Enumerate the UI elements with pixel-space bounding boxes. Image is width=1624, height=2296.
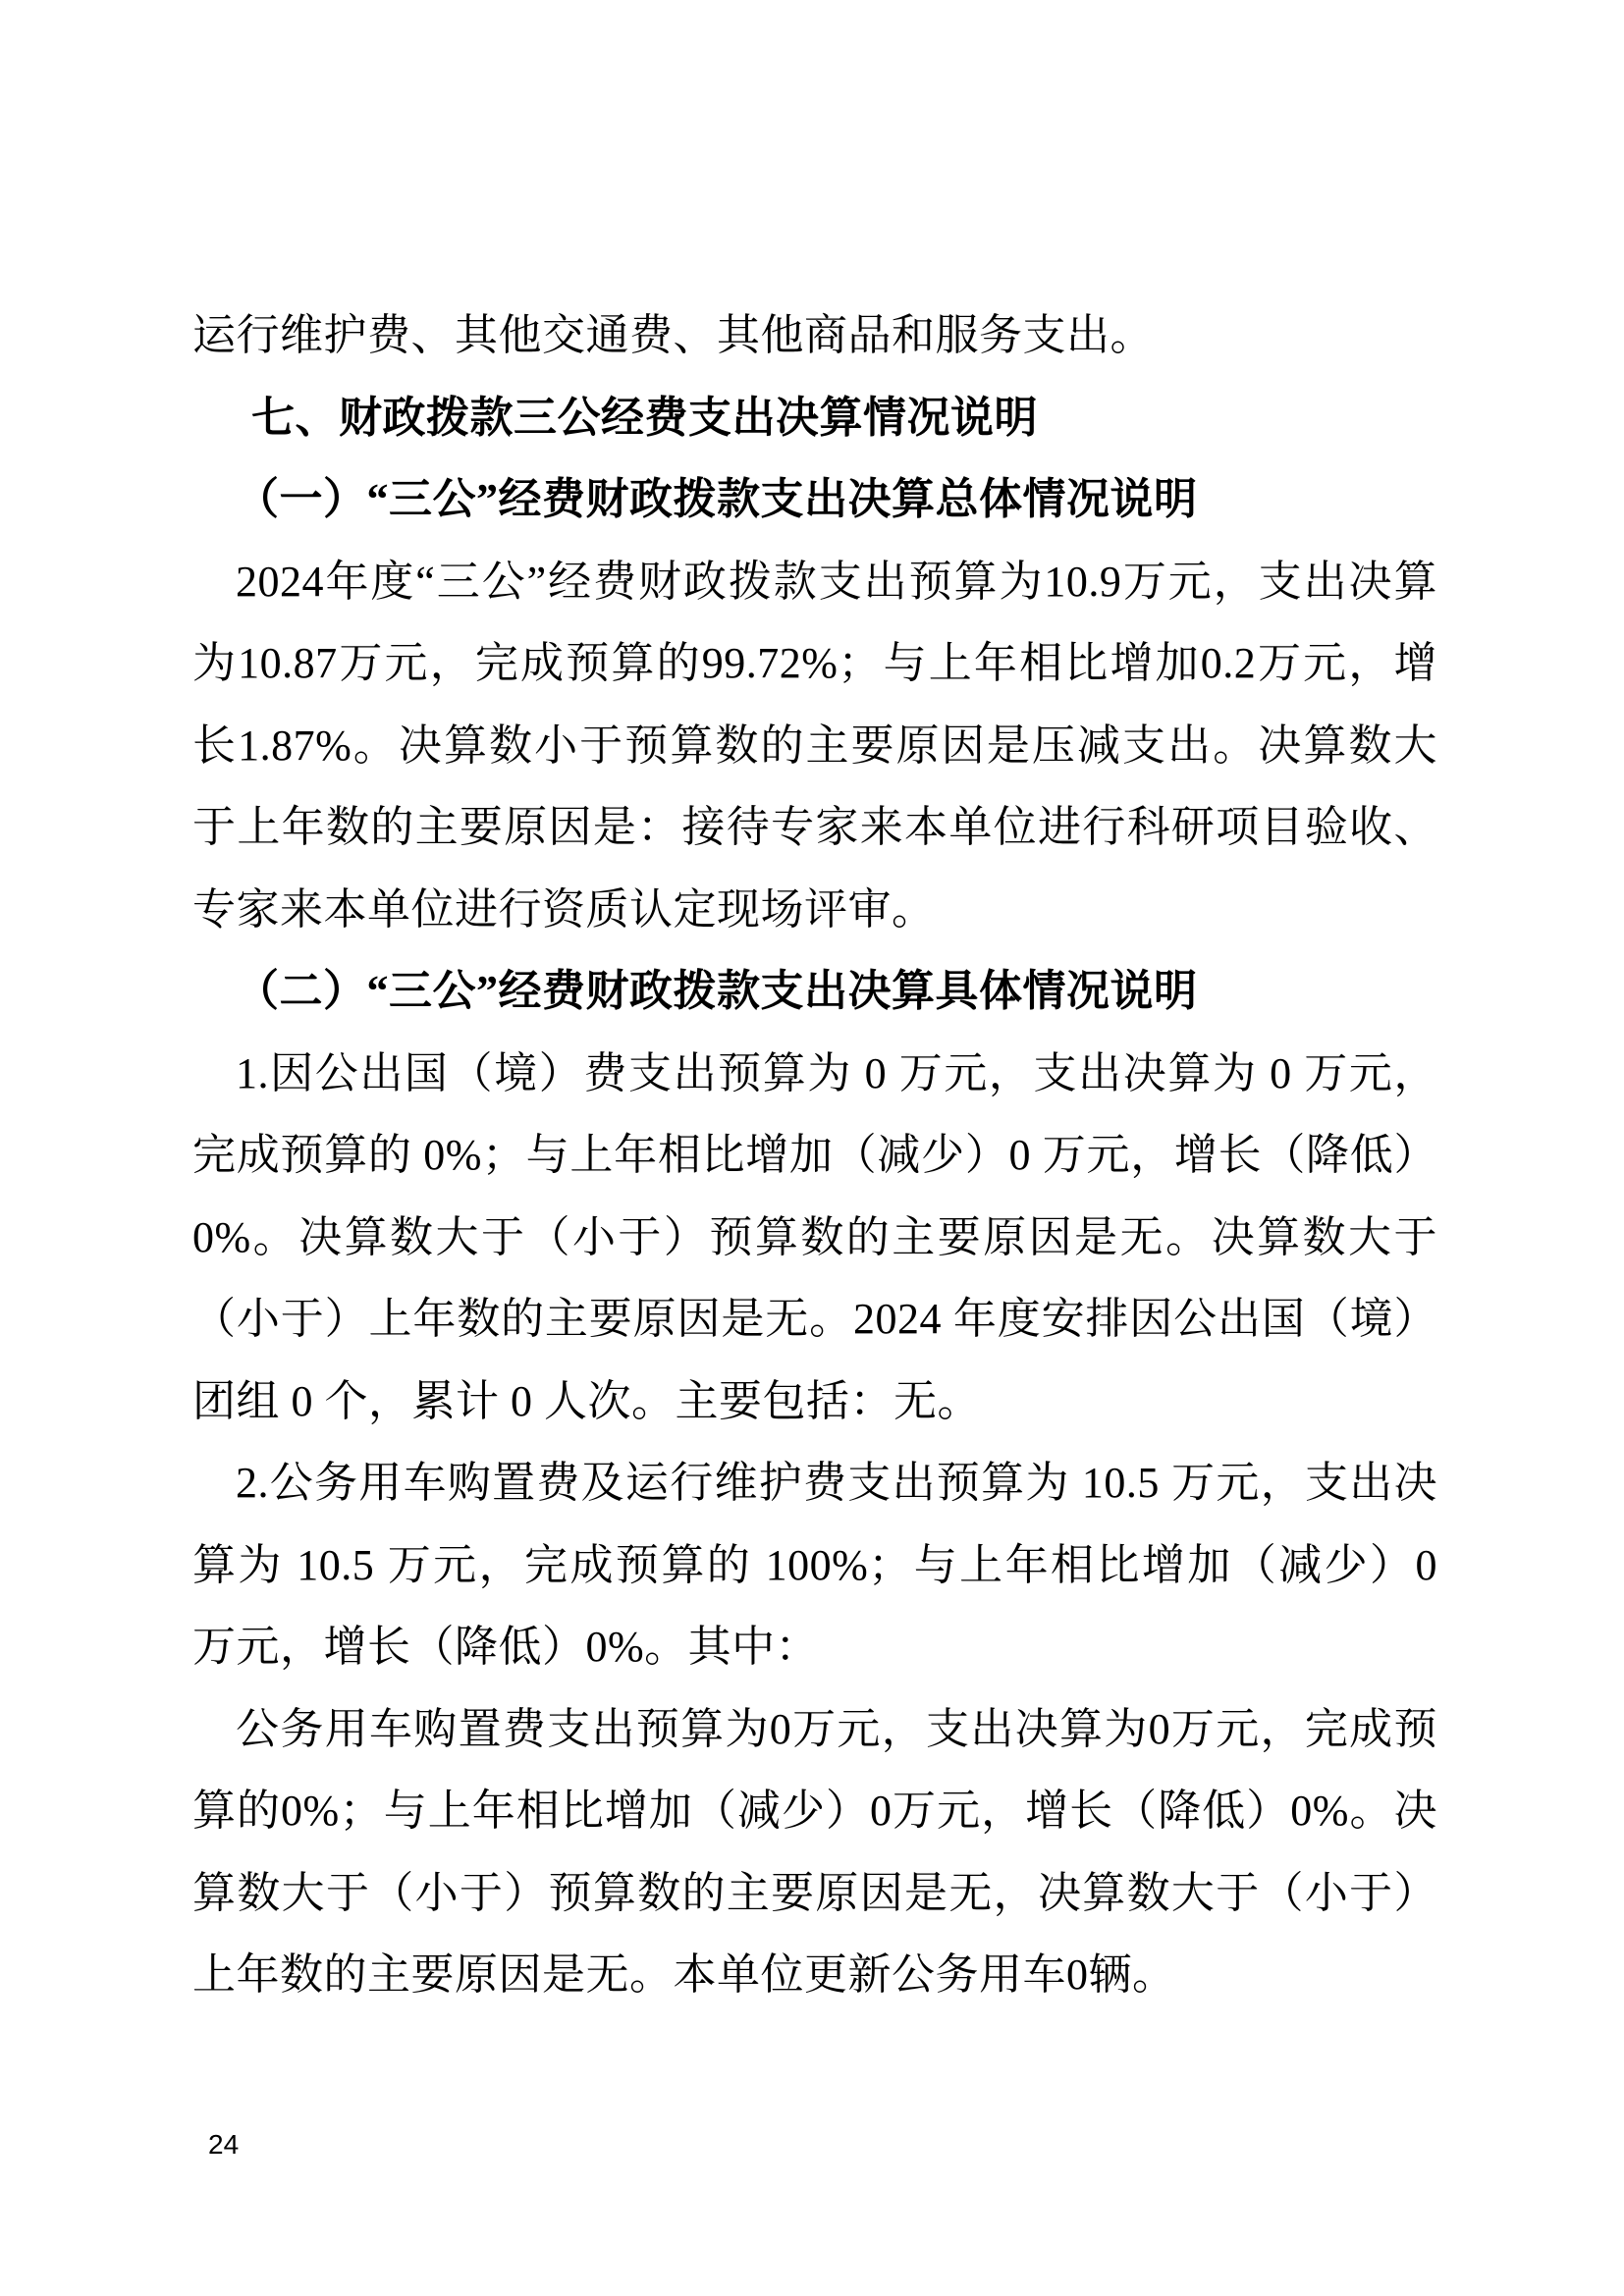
- paragraph-vehicle-purchase: 公务用车购置费支出预算为0万元，支出决算为0万元，完成预算的0%；与上年相比增加…: [192, 1688, 1437, 2016]
- subsection-heading-two: （二）“三公”经费财政拨款支出决算具体情况说明: [192, 950, 1437, 1033]
- paragraph-continuation: 运行维护费、其他交通费、其他商品和服务支出。: [192, 294, 1437, 377]
- document-page: 运行维护费、其他交通费、其他商品和服务支出。 七、财政拨款三公经费支出决算情况说…: [0, 0, 1624, 2296]
- subsection-heading-one: （一）“三公”经费财政拨款支出决算总体情况说明: [192, 458, 1437, 541]
- document-body: 运行维护费、其他交通费、其他商品和服务支出。 七、财政拨款三公经费支出决算情况说…: [192, 294, 1437, 2016]
- section-heading-seven: 七、财政拨款三公经费支出决算情况说明: [192, 377, 1437, 459]
- paragraph-vehicle-expenses: 2.公务用车购置费及运行维护费支出预算为 10.5 万元，支出决算为 10.5 …: [192, 1442, 1437, 1688]
- paragraph-abroad-expenses: 1.因公出国（境）费支出预算为 0 万元，支出决算为 0 万元，完成预算的 0%…: [192, 1033, 1437, 1443]
- paragraph-overall-situation: 2024年度“三公”经费财政拨款支出预算为10.9万元，支出决算为10.87万元…: [192, 541, 1437, 951]
- page-number: 24: [208, 2128, 239, 2162]
